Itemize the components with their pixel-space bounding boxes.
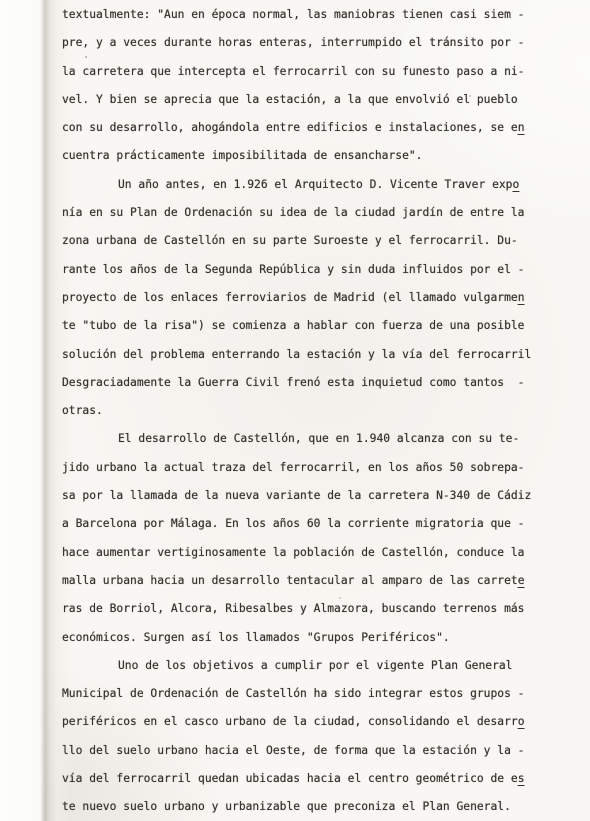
text-line: vía del ferrocarril quedan ubicadas haci… [62,765,580,793]
text-line: sa por la llamada de la nueva variante d… [62,482,580,510]
text-line: proyecto de los enlaces ferroviarios de … [62,284,580,312]
text-line: Uno de los objetivos a cumplir por el vi… [62,652,580,680]
text-line: llo del suelo urbano hacia el Oeste, de … [62,737,580,765]
text-line: con su desarrollo, ahogándola entre edif… [62,114,580,142]
text-line: económicos. Surgen así los llamados "Gru… [62,624,580,652]
text-line: Un año antes, en 1.926 el Arquitecto D. … [62,171,580,199]
text-line: a Barcelona por Málaga. En los años 60 l… [62,510,580,538]
underlined-continuation-letter: o [512,178,519,191]
underlined-continuation-letter: n [518,121,525,134]
text-line: El desarrollo de Castellón, que en 1.940… [62,425,580,453]
underlined-continuation-letter: o [518,715,525,728]
text-line: vel. Y bien se aprecia que la estación, … [62,86,580,114]
document-page: textualmente: "Aun en época normal, las … [0,0,590,821]
text-line: rante los años de la Segunda República y… [62,256,580,284]
text-line: solución del problema enterrando la esta… [62,341,580,369]
text-line: periféricos en el casco urbano de la ciu… [62,708,580,736]
text-line: la carretera que intercepta el ferrocarr… [62,58,580,86]
underlined-continuation-letter: s [518,772,525,785]
text-line: malla urbana hacia un desarrollo tentacu… [62,567,580,595]
text-line: ras de Borriol, Alcora, Ribesalbes y Alm… [62,595,580,623]
underlined-continuation-letter: n [518,291,525,304]
text-line: nía en su Plan de Ordenación su idea de … [62,199,580,227]
text-line: textualmente: "Aun en época normal, las … [62,1,580,29]
text-block: textualmente: "Aun en época normal, las … [62,1,580,821]
text-line: jido urbano la actual traza del ferrocar… [62,454,580,482]
text-line: otras. [62,397,580,425]
text-line: cuentra prácticamente imposibilitada de … [62,142,580,170]
text-line: te "tubo de la risa") se comienza a habl… [62,312,580,340]
text-line: pre, y a veces durante horas enteras, in… [62,29,580,57]
text-line: zona urbana de Castellón en su parte Sur… [62,227,580,255]
text-line: hace aumentar vertiginosamente la poblac… [62,539,580,567]
text-line: te nuevo suelo urbano y urbanizable que … [62,793,580,821]
text-line: Municipal de Ordenación de Castellón ha … [62,680,580,708]
text-line: Desgraciadamente la Guerra Civil frenó e… [62,369,580,397]
underlined-continuation-letter: e [518,574,525,587]
